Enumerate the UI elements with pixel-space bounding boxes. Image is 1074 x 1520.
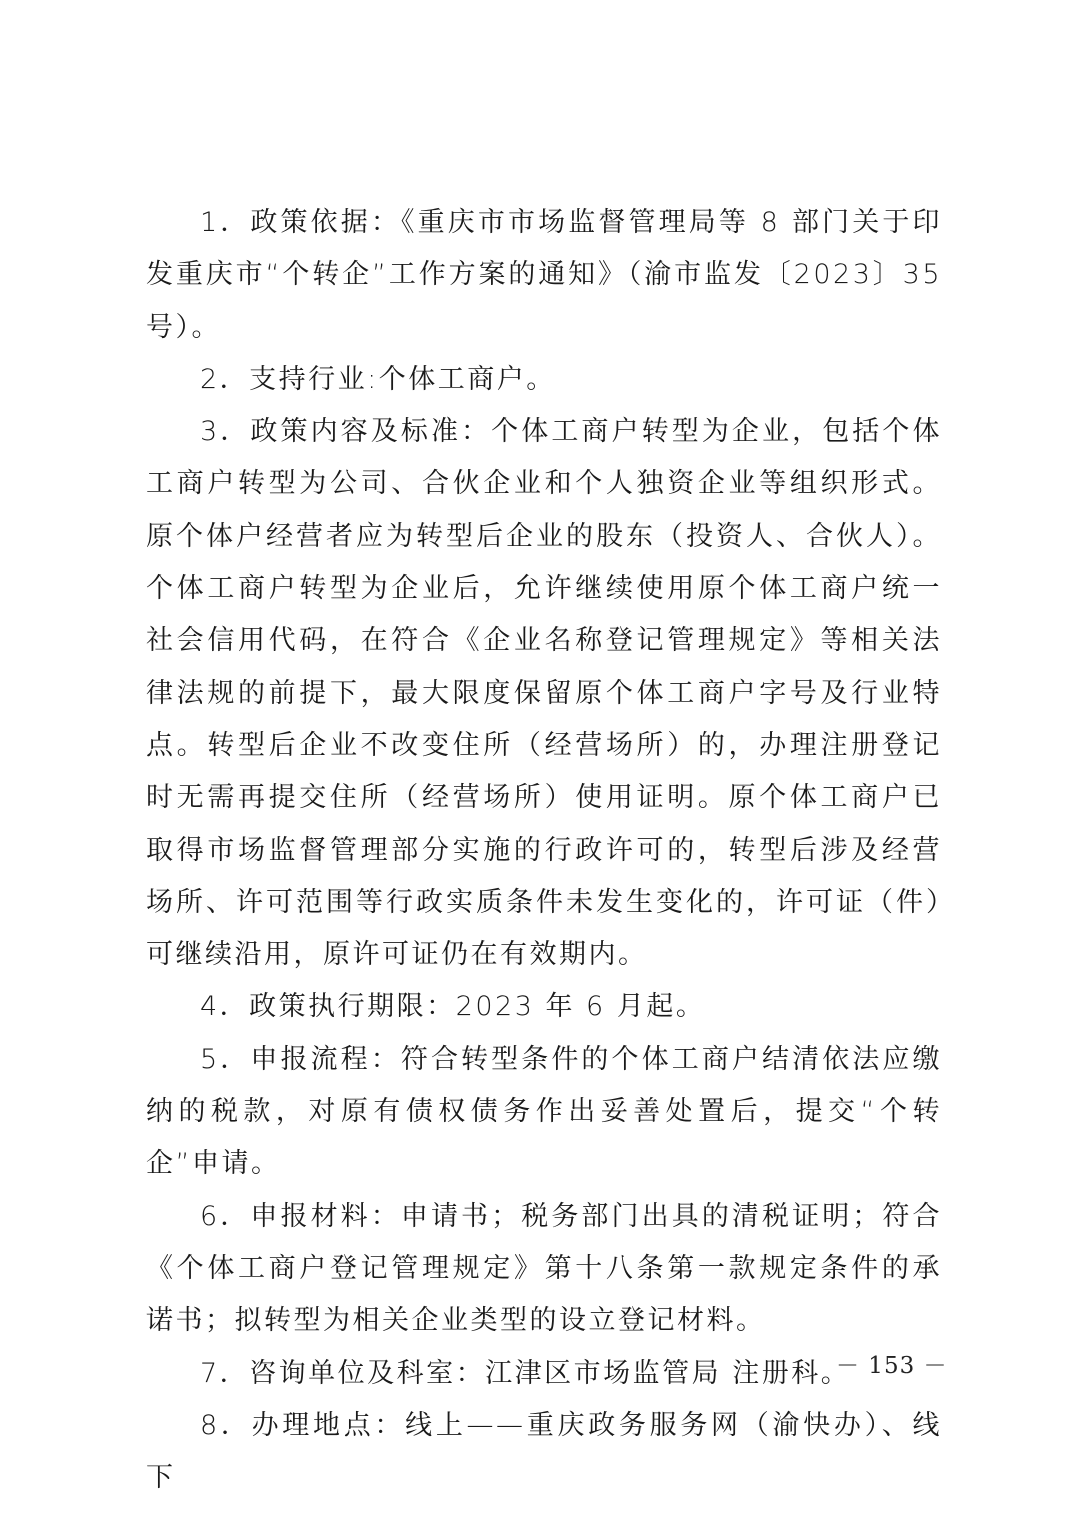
paragraph-policy-content: 3．政策内容及标准：个体工商户转型为企业，包括个体工商户转型为公司、合伙企业和个… [146, 406, 942, 981]
paragraph-policy-period: 4．政策执行期限：2023 年 6 月起。 [146, 981, 942, 1033]
paragraph-supported-industry: 2．支持行业:个体工商户。 [146, 354, 942, 406]
paragraph-application-materials: 6．申报材料：申请书；税务部门出具的清税证明；符合《个体工商户登记管理规定》第十… [146, 1191, 942, 1348]
document-page: 1．政策依据：《重庆市市场监督管理局等 8 部门关于印发重庆市“个转企”工作方案… [146, 197, 942, 1504]
paragraph-service-location: 8．办理地点：线上——重庆政务服务网（渝快办）、线下 [146, 1400, 942, 1505]
paragraph-application-process: 5．申报流程：符合转型条件的个体工商户结清依法应缴纳的税款，对原有债权债务作出妥… [146, 1034, 942, 1191]
paragraph-policy-basis: 1．政策依据：《重庆市市场监督管理局等 8 部门关于印发重庆市“个转企”工作方案… [146, 197, 942, 354]
paragraph-consulting-unit: 7．咨询单位及科室：江津区市场监管局 注册科。 [146, 1348, 942, 1400]
page-number: － 153 － [836, 1347, 948, 1380]
